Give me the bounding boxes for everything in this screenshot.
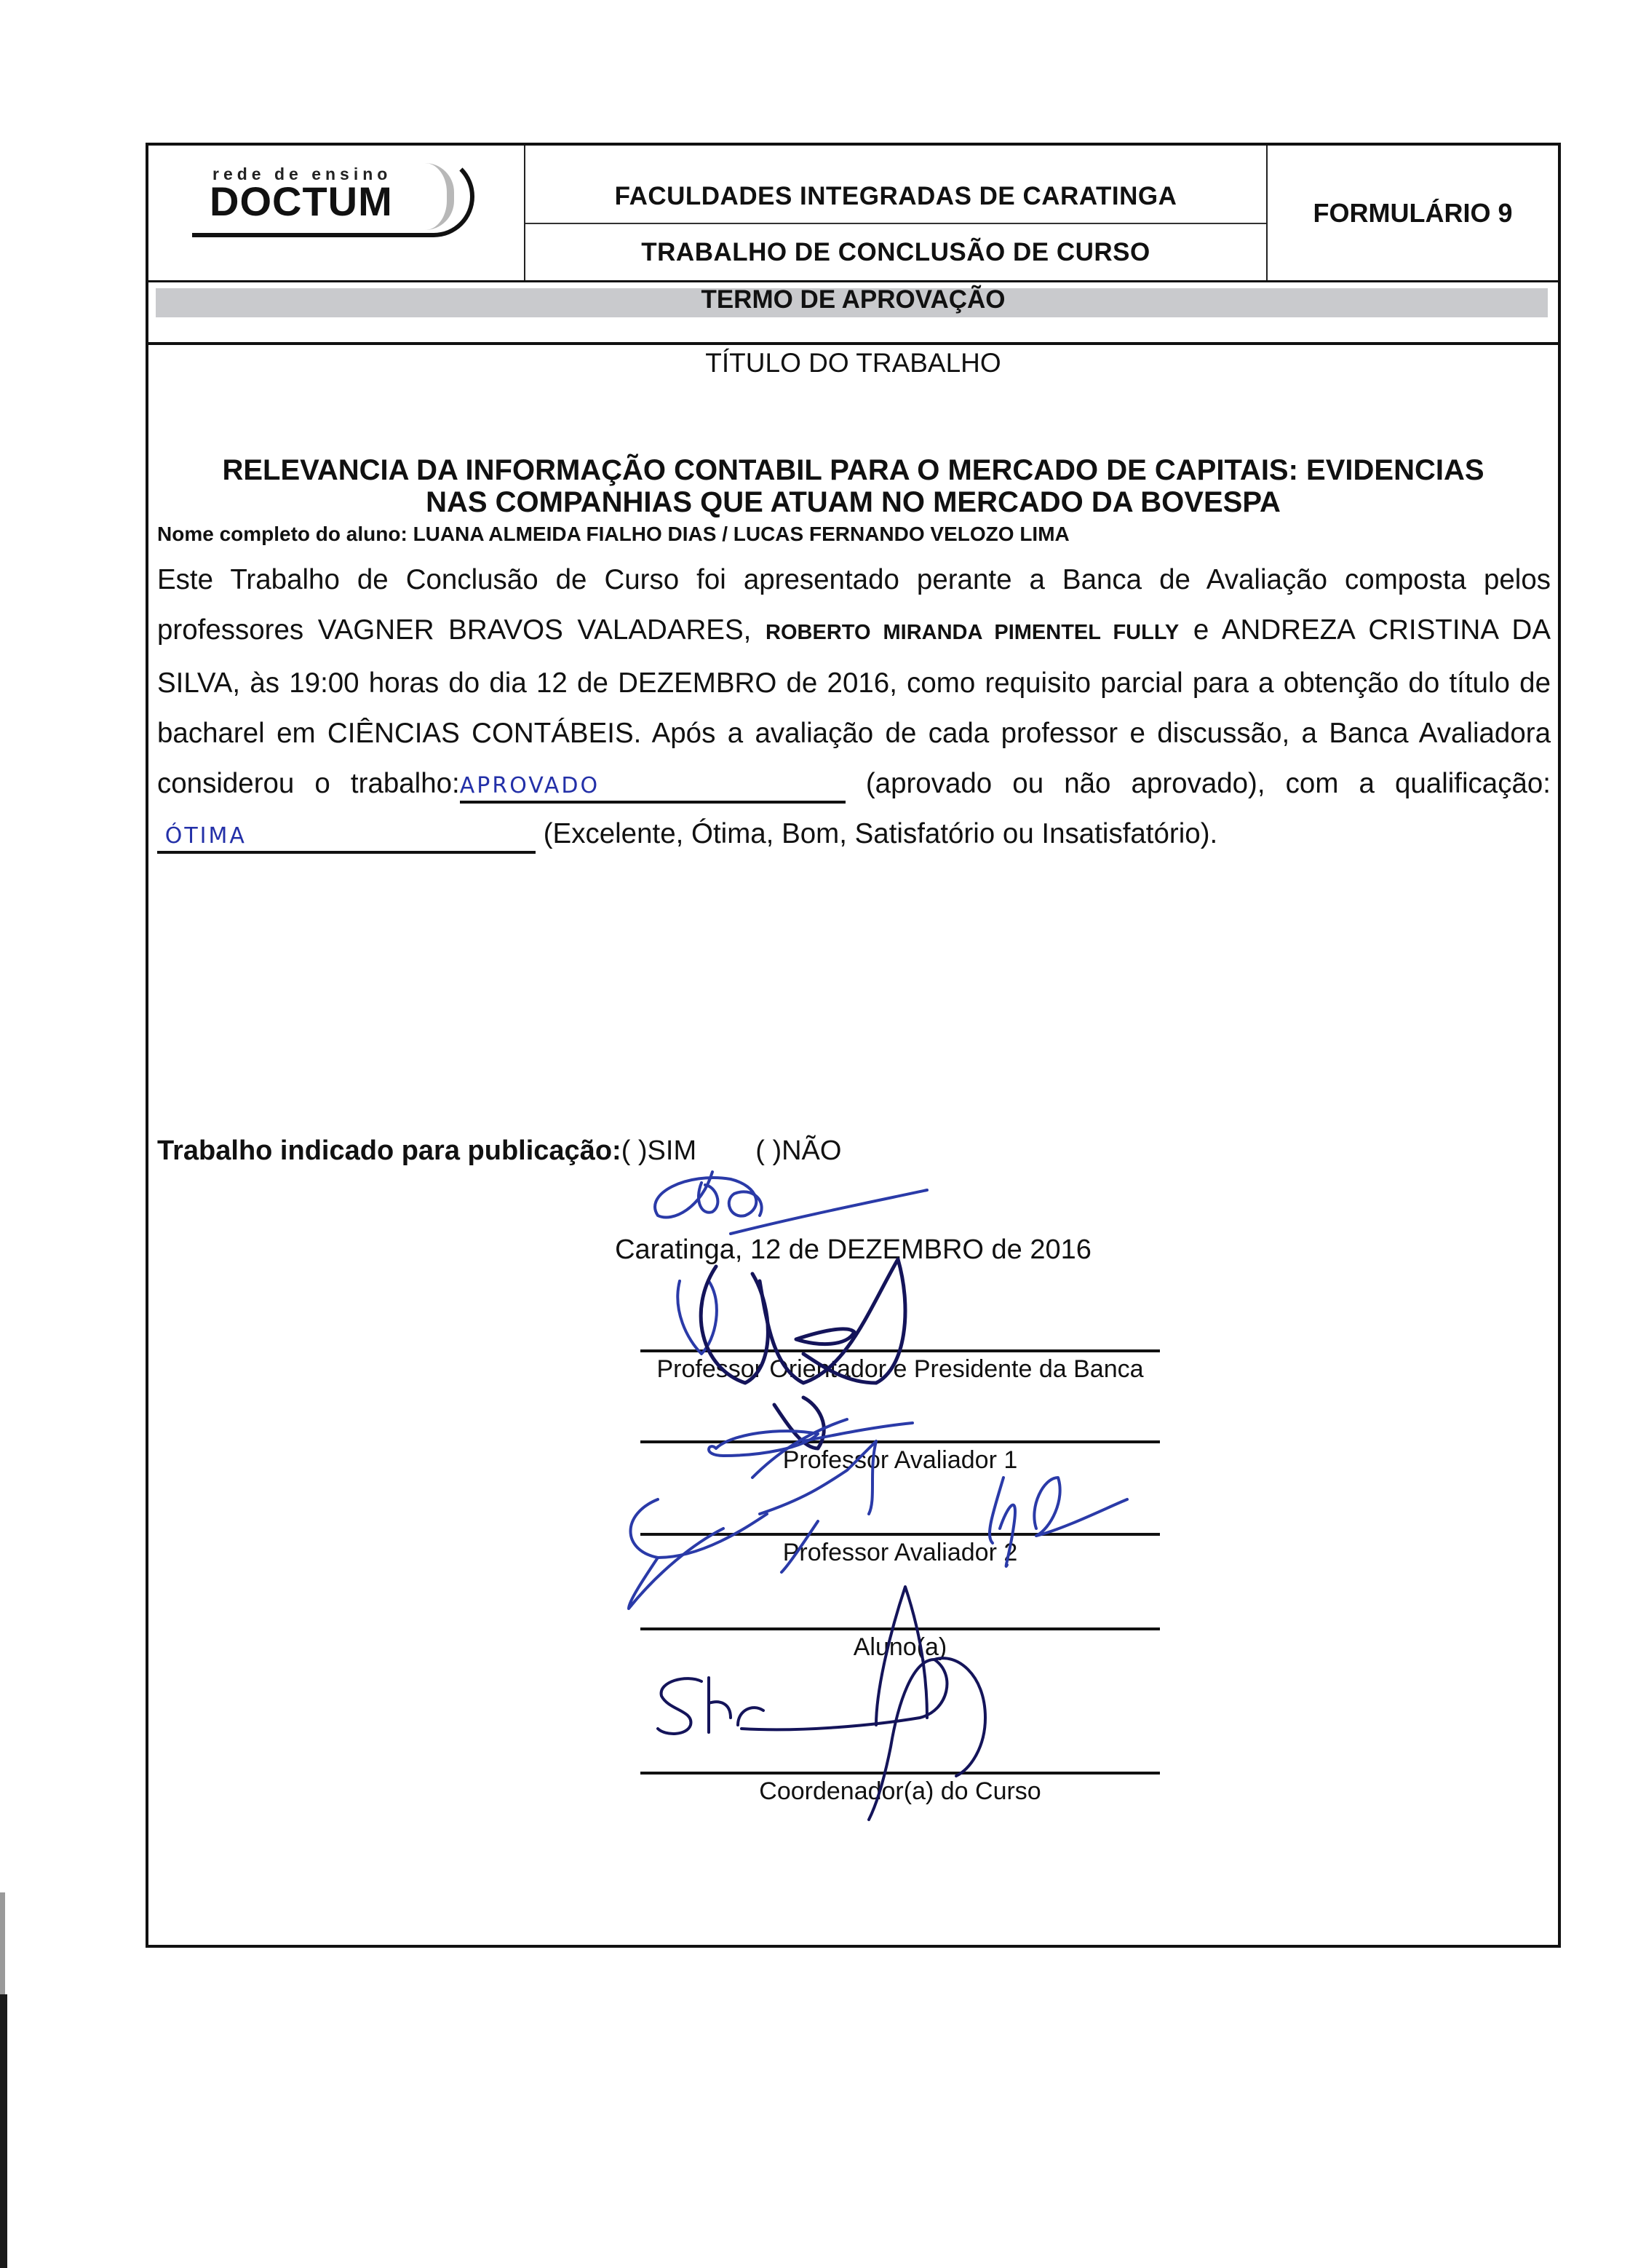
approval-form: rede de ensino DOCTUM FACULDADES INTEGRA… bbox=[146, 143, 1561, 1948]
result-field[interactable]: APROVADO bbox=[460, 769, 846, 804]
term-title: TERMO DE APROVAÇÃO bbox=[148, 285, 1558, 314]
signature-line-evaluator-2[interactable]: Professor Avaliador 2 bbox=[640, 1533, 1160, 1567]
institution-name: FACULDADES INTEGRADAS DE CARATINGA bbox=[615, 182, 1177, 211]
signature-line-evaluator-1[interactable]: Professor Avaliador 1 bbox=[640, 1440, 1160, 1475]
title-label: TÍTULO DO TRABALHO bbox=[148, 348, 1558, 378]
course-work-label: TRABALHO DE CONCLUSÃO DE CURSO bbox=[641, 238, 1150, 267]
header-right: FORMULÁRIO 9 bbox=[1268, 146, 1558, 280]
student-label: Nome completo do aluno: bbox=[157, 523, 407, 545]
work-title: RELEVANCIA DA INFORMAÇÃO CONTABIL PARA O… bbox=[148, 454, 1558, 518]
signature-line-coordinator[interactable]: Coordenador(a) do Curso bbox=[640, 1772, 1160, 1806]
scan-edge-shadow bbox=[0, 1892, 5, 1994]
publication-label: Trabalho indicado para publicação: bbox=[157, 1135, 621, 1166]
doctum-logo: rede de ensino DOCTUM bbox=[148, 146, 525, 280]
result-handwritten: APROVADO bbox=[460, 773, 600, 798]
header-center: FACULDADES INTEGRADAS DE CARATINGA TRABA… bbox=[525, 146, 1268, 280]
student-names: Nome completo do aluno: LUANA ALMEIDA FI… bbox=[157, 523, 1070, 546]
grade-handwritten: ÓTIMA bbox=[165, 823, 247, 849]
form-header: rede de ensino DOCTUM FACULDADES INTEGRA… bbox=[148, 146, 1558, 282]
signature-line-advisor[interactable]: Professor Orientador e Presidente da Ban… bbox=[640, 1349, 1160, 1384]
signature-role: Professor Orientador e Presidente da Ban… bbox=[656, 1355, 1143, 1383]
signature-line-student[interactable]: Aluno(a) bbox=[640, 1627, 1160, 1662]
paragraph-part-4: (Excelente, Ótima, Bom, Satisfatório ou … bbox=[544, 818, 1218, 849]
publication-indication: Trabalho indicado para publicação:( )SIM… bbox=[157, 1135, 841, 1167]
scan-edge bbox=[0, 1994, 7, 2268]
signature-role: Coordenador(a) do Curso bbox=[759, 1777, 1041, 1805]
work-title-line-2: NAS COMPANHIAS QUE ATUAM NO MERCADO DA B… bbox=[148, 486, 1558, 518]
work-title-line-1: RELEVANCIA DA INFORMAÇÃO CONTABIL PARA O… bbox=[148, 454, 1558, 486]
publication-no-checkbox[interactable]: ( )NÃO bbox=[755, 1135, 841, 1166]
signature-role: Professor Avaliador 2 bbox=[783, 1539, 1018, 1566]
place-date: Caratinga, 12 de DEZEMBRO de 2016 bbox=[148, 1234, 1558, 1266]
student-names-value: LUANA ALMEIDA FIALHO DIAS / LUCAS FERNAN… bbox=[413, 523, 1070, 545]
term-band: TERMO DE APROVAÇÃO bbox=[148, 282, 1558, 345]
form-code: FORMULÁRIO 9 bbox=[1313, 198, 1513, 229]
signature-role: Professor Avaliador 1 bbox=[783, 1446, 1018, 1474]
signature-role: Aluno(a) bbox=[854, 1633, 947, 1661]
paragraph-part-3: (aprovado ou não aprovado), com a qualif… bbox=[866, 768, 1551, 799]
logo-wordmark: DOCTUM bbox=[210, 178, 393, 225]
form-body: TÍTULO DO TRABALHO RELEVANCIA DA INFORMA… bbox=[148, 345, 1558, 1945]
publication-yes-checkbox[interactable]: ( )SIM bbox=[621, 1135, 696, 1166]
professor-2-name: ROBERTO MIRANDA PIMENTEL FULLY bbox=[766, 621, 1179, 644]
grade-field[interactable]: ÓTIMA bbox=[157, 820, 536, 854]
approval-paragraph: Este Trabalho de Conclusão de Curso foi … bbox=[157, 555, 1551, 859]
